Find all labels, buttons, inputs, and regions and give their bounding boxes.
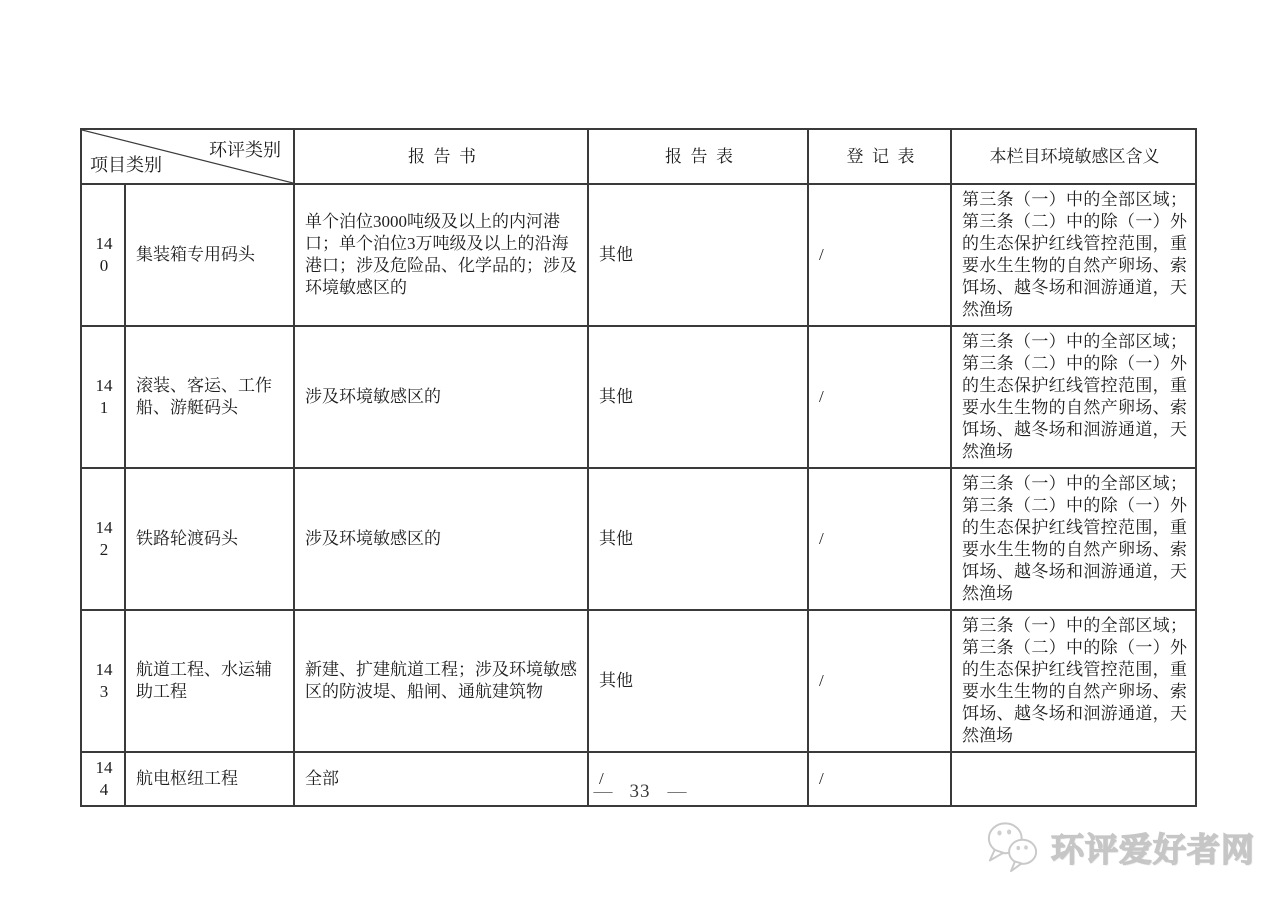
project-category-cell: 航道工程、水运辅助工程 [125, 610, 294, 752]
header-project-category-label: 项目类别 [90, 154, 162, 176]
header-eia-category-label: 环评类别 [209, 139, 281, 161]
header-report-book: 报告书 [294, 129, 588, 184]
table-header-row: 环评类别 项目类别 报告书 报告表 登记表 本栏目环境敏感区含义 [81, 129, 1196, 184]
report-form-cell: 其他 [588, 326, 808, 468]
table-row: 140 集装箱专用码头 单个泊位3000吨级及以上的内河港口；单个泊位3万吨级及… [81, 184, 1196, 326]
header-report-form: 报告表 [588, 129, 808, 184]
registration-form-cell: / [808, 184, 951, 326]
project-category-cell: 滚装、客运、工作船、游艇码头 [125, 326, 294, 468]
page-number-value: 33 [630, 781, 651, 803]
eia-classification-table: 环评类别 项目类别 报告书 报告表 登记表 本栏目环境敏感区含义 140 集装箱… [80, 128, 1197, 807]
registration-form-cell: / [808, 468, 951, 610]
page-number-left-dash: — [594, 781, 613, 803]
report-form-cell: 其他 [588, 184, 808, 326]
site-watermark: 环评爱好者网 [983, 820, 1255, 874]
table-row: 142 铁路轮渡码头 涉及环境敏感区的 其他 / 第三条（一）中的全部区域；第三… [81, 468, 1196, 610]
sensitive-meaning-cell: 第三条（一）中的全部区域；第三条（二）中的除（一）外的生态保护红线管控范围，重要… [951, 184, 1196, 326]
row-number: 140 [81, 184, 125, 326]
report-book-cell: 新建、扩建航道工程；涉及环境敏感区的防波堤、船闸、通航建筑物 [294, 610, 588, 752]
row-number: 143 [81, 610, 125, 752]
watermark-site-name: 环评爱好者网 [1051, 824, 1255, 871]
report-form-cell: 其他 [588, 610, 808, 752]
page-number: — 33 — [0, 781, 1280, 803]
project-category-cell: 铁路轮渡码头 [125, 468, 294, 610]
header-registration-form: 登记表 [808, 129, 951, 184]
report-form-cell: 其他 [588, 468, 808, 610]
wechat-chat-bubbles-icon [983, 820, 1041, 874]
row-number: 141 [81, 326, 125, 468]
header-sensitive-area-meaning: 本栏目环境敏感区含义 [951, 129, 1196, 184]
page-number-right-dash: — [668, 781, 687, 803]
report-book-cell: 单个泊位3000吨级及以上的内河港口；单个泊位3万吨级及以上的沿海港口；涉及危险… [294, 184, 588, 326]
sensitive-meaning-cell: 第三条（一）中的全部区域；第三条（二）中的除（一）外的生态保护红线管控范围，重要… [951, 468, 1196, 610]
sensitive-meaning-cell: 第三条（一）中的全部区域；第三条（二）中的除（一）外的生态保护红线管控范围，重要… [951, 326, 1196, 468]
table-row: 143 航道工程、水运辅助工程 新建、扩建航道工程；涉及环境敏感区的防波堤、船闸… [81, 610, 1196, 752]
row-number: 142 [81, 468, 125, 610]
report-book-cell: 涉及环境敏感区的 [294, 326, 588, 468]
document-page: 环评类别 项目类别 报告书 报告表 登记表 本栏目环境敏感区含义 140 集装箱… [0, 0, 1280, 905]
registration-form-cell: / [808, 326, 951, 468]
project-category-cell: 集装箱专用码头 [125, 184, 294, 326]
table-row: 141 滚装、客运、工作船、游艇码头 涉及环境敏感区的 其他 / 第三条（一）中… [81, 326, 1196, 468]
diagonal-header-cell: 环评类别 项目类别 [81, 129, 294, 184]
registration-form-cell: / [808, 610, 951, 752]
sensitive-meaning-cell: 第三条（一）中的全部区域；第三条（二）中的除（一）外的生态保护红线管控范围，重要… [951, 610, 1196, 752]
report-book-cell: 涉及环境敏感区的 [294, 468, 588, 610]
